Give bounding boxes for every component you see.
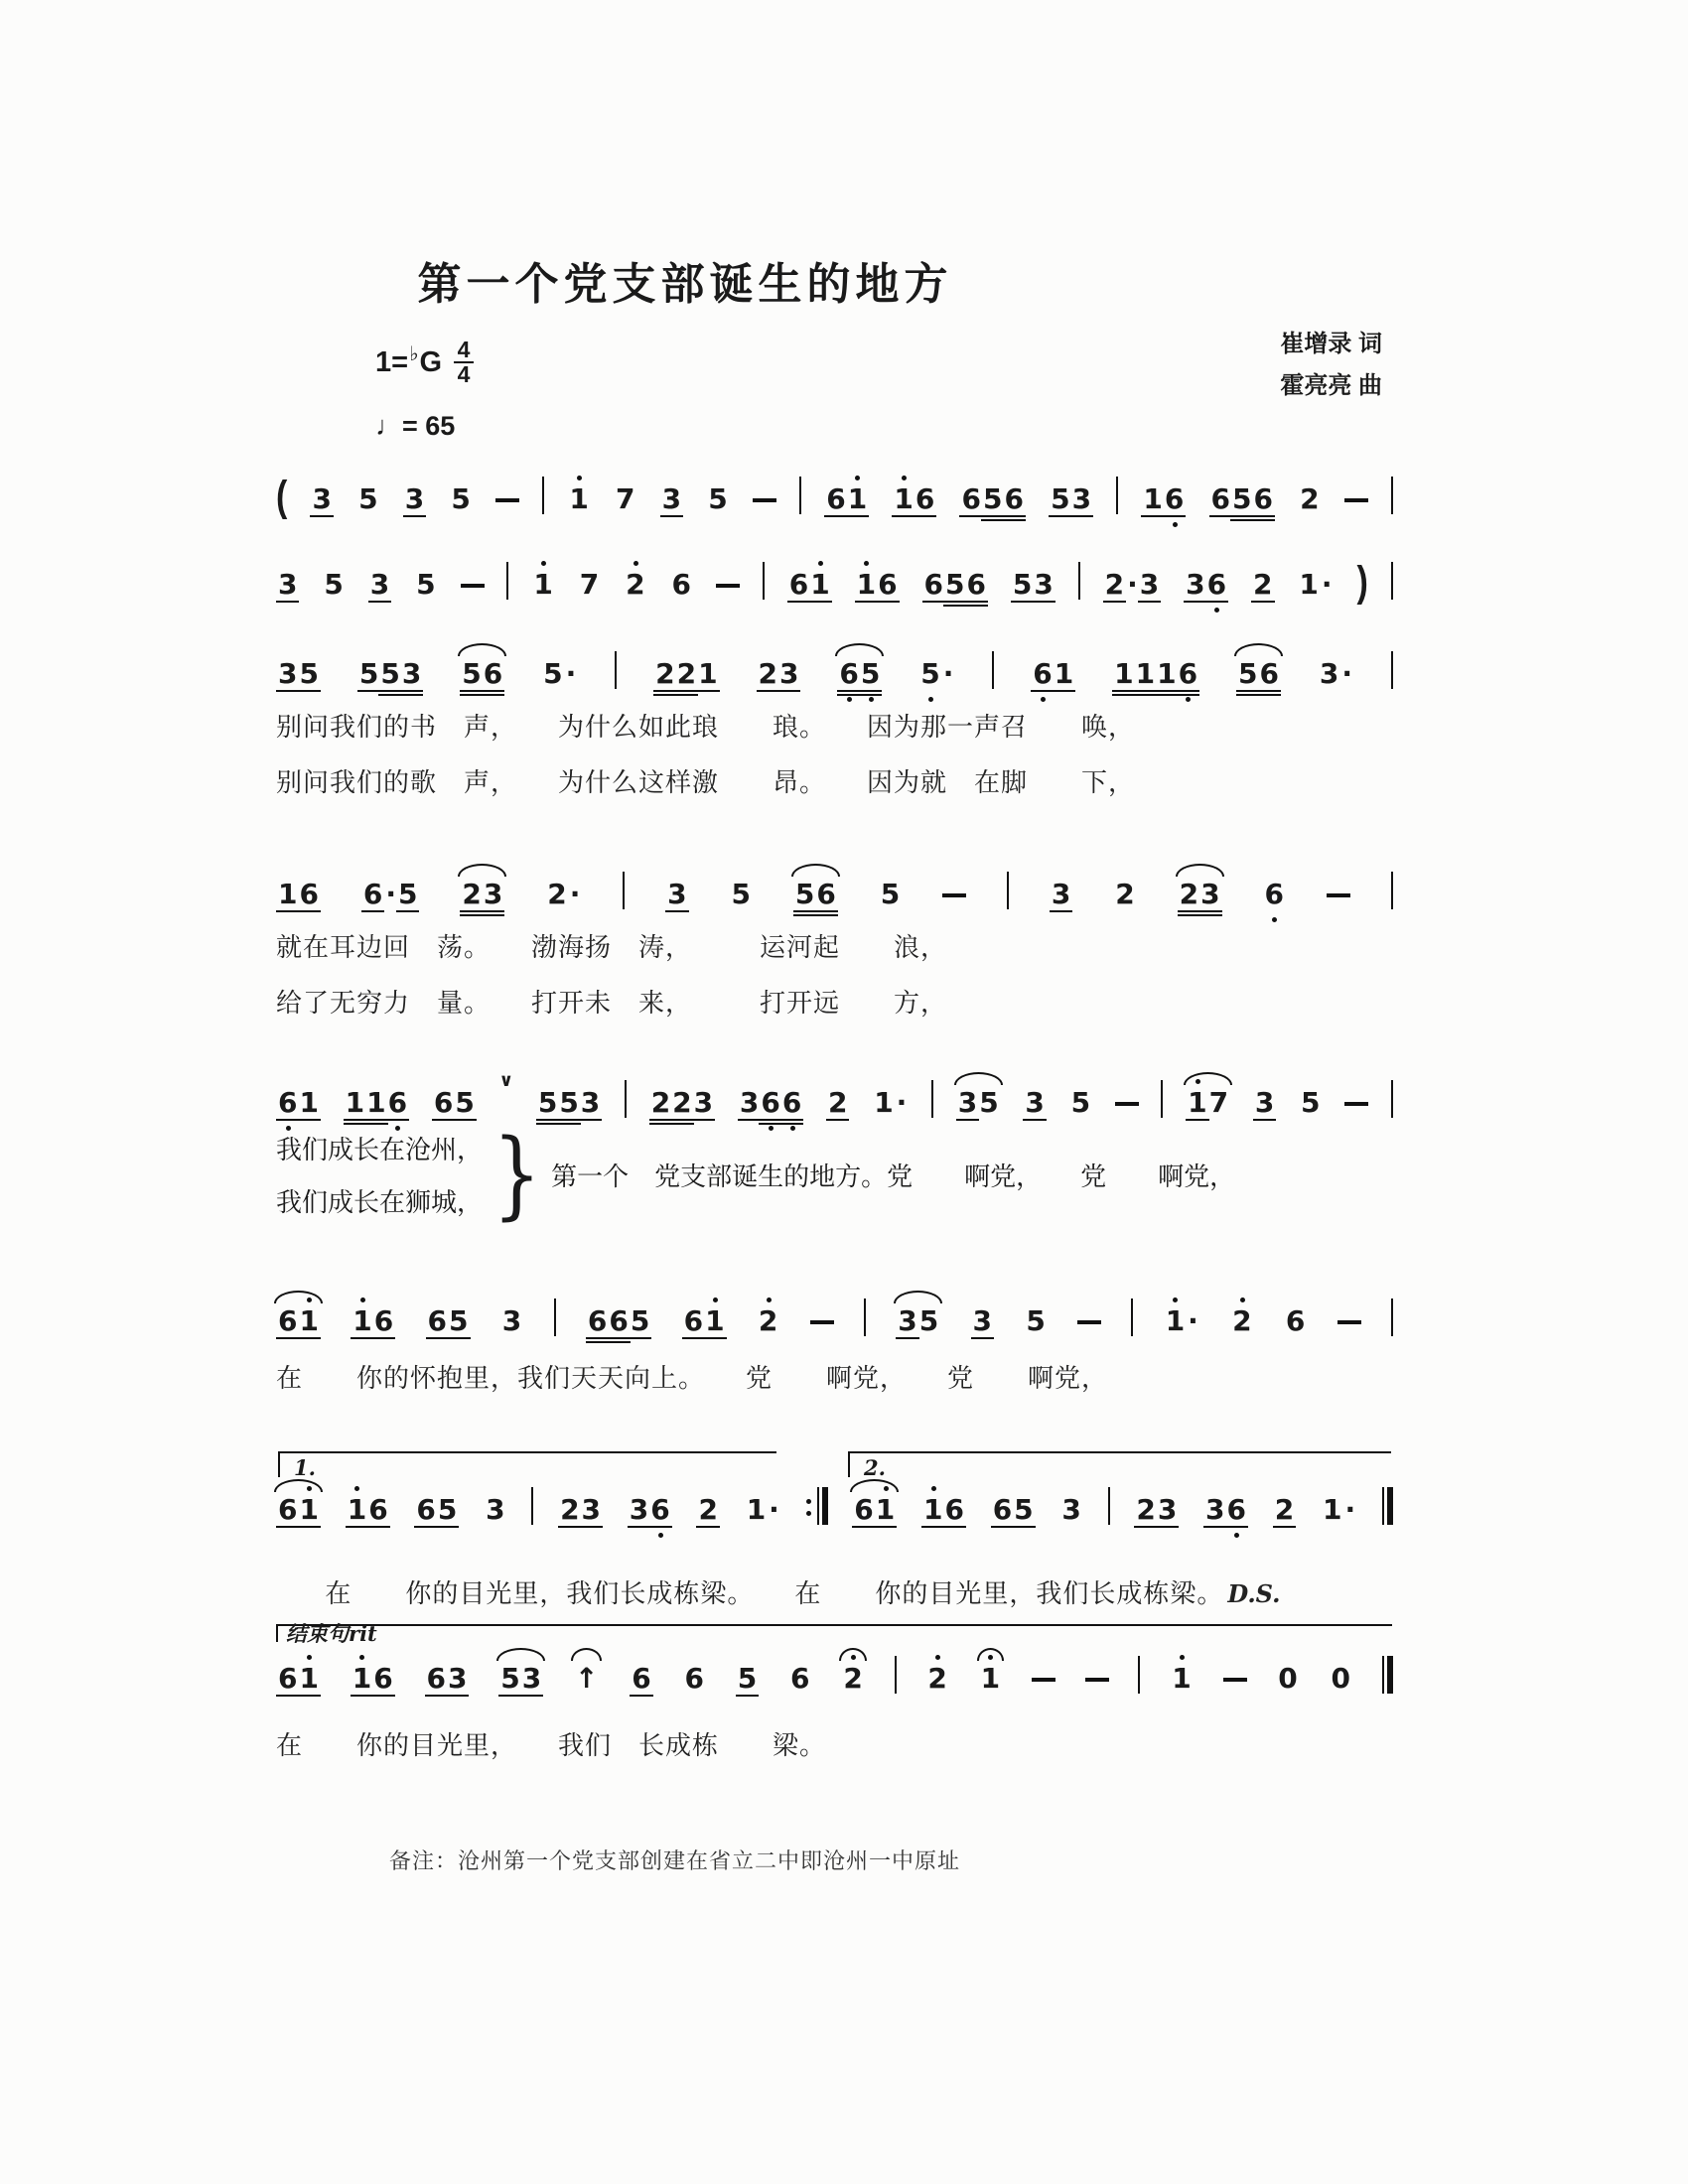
note-line: 6111665∨55322336621·35351735 bbox=[276, 1074, 1393, 1118]
volta-bracket-1: 1. bbox=[278, 1451, 776, 1477]
flat-icon: ♭ bbox=[409, 341, 418, 366]
lyric-line: 别问我们的书 声， 为什么如此琅 琅。 因为那一声召 唤， bbox=[276, 707, 1393, 744]
lyricist-credit: 崔增录 词 bbox=[1033, 324, 1382, 365]
music-system-5: 6111665∨55322336621·35351735 我们成长在沧州， 我们… bbox=[276, 1074, 1393, 1118]
lyrics-brace-row: 我们成长在沧州， 我们成长在狮城， } 第一个 党支部诞生的地方。党 啊党， 党… bbox=[276, 1130, 1235, 1219]
brace-icon: } bbox=[492, 1132, 541, 1217]
key-letter: G bbox=[420, 346, 443, 379]
footnote: 备注：沧州第一个党支部创建在省立二中即沧州一中原址 bbox=[389, 1844, 960, 1875]
music-system-8: 61166353↑6656221100 结束句rit 在 你的目光里， 我们 长… bbox=[276, 1650, 1393, 1694]
lyric-line: 给了无穷力 量。 打开未 来， 打开远 方， bbox=[276, 983, 1393, 1020]
page-title: 第一个党支部诞生的地方 bbox=[278, 248, 1092, 312]
music-system-7: 6116653233621·6116653233621· 1. 2. 在 你的目… bbox=[276, 1481, 1393, 1525]
lyric-line: 就在耳边回 荡。 渤海扬 涛， 运河起 浪， bbox=[276, 927, 1393, 964]
volta-label-1: 1. bbox=[294, 1455, 316, 1480]
music-system-4: 166·5232·3556532236 就在耳边回 荡。 渤海扬 涛， 运河起 … bbox=[276, 866, 1393, 909]
key-signature: 1=♭G 4 4 bbox=[375, 340, 474, 385]
lyric-line: 在 你的怀抱里，我们天天向上。 党 啊党， 党 啊党， bbox=[276, 1358, 1393, 1395]
music-system-6: 611665366561235351·26 在 你的怀抱里，我们天天向上。 党 … bbox=[276, 1293, 1393, 1336]
credits-block: 崔增录 词 霍亮亮 曲 bbox=[1033, 324, 1382, 407]
coda-label: 结束句rit bbox=[286, 1618, 377, 1648]
lyric-line: 在 你的目光里， 我们 长成栋 梁。 bbox=[276, 1725, 1393, 1762]
time-signature-bottom: 4 bbox=[458, 364, 471, 385]
coda-bracket: 结束句rit bbox=[276, 1624, 1392, 1642]
time-signature-top: 4 bbox=[458, 340, 471, 360]
volta-label-2: 2. bbox=[864, 1455, 886, 1480]
note-line: 61166353↑6656221100 bbox=[276, 1650, 1393, 1694]
key-prefix: 1= bbox=[375, 346, 408, 379]
note-line: 611665366561235351·26 bbox=[276, 1293, 1393, 1336]
note-line: (35351735611665653166562 bbox=[276, 471, 1393, 514]
music-system-2: 353517266116656532·33621·) bbox=[276, 556, 1393, 600]
music-system-1: (35351735611665653166562 bbox=[276, 471, 1393, 514]
lyric-line: 第一个 党支部诞生的地方。党 啊党， 党 啊党， bbox=[551, 1157, 1235, 1193]
lyric-text: 在 你的目光里，我们长成栋梁。 在 你的目光里，我们长成栋梁。 bbox=[325, 1578, 1223, 1608]
lyric-line: 我们成长在狮城， bbox=[276, 1182, 483, 1219]
composer-credit: 霍亮亮 曲 bbox=[1033, 365, 1382, 407]
ds-marker: D.S. bbox=[1227, 1579, 1280, 1608]
sheet-music-page: 第一个党支部诞生的地方 崔增录 词 霍亮亮 曲 1=♭G 4 4 ♩= 65 (… bbox=[0, 0, 1688, 2184]
note-line: 166·5232·3556532236 bbox=[276, 866, 1393, 909]
tempo-marking: ♩= 65 bbox=[375, 411, 455, 442]
lyric-line: 我们成长在沧州， bbox=[276, 1130, 483, 1166]
note-line: 6116653233621·6116653233621· bbox=[276, 1481, 1393, 1525]
brace-alternatives: 我们成长在沧州， 我们成长在狮城， bbox=[276, 1130, 483, 1219]
time-signature-fraction: 4 4 bbox=[454, 340, 474, 385]
volta-bracket-2: 2. bbox=[848, 1451, 1391, 1477]
music-system-3: 35553565·22123655·611116563· 别问我们的书 声， 为… bbox=[276, 645, 1393, 689]
lyric-line: 别问我们的歌 声， 为什么这样激 昂。 因为就 在脚 下， bbox=[276, 762, 1393, 799]
note-line: 353517266116656532·33621·) bbox=[276, 556, 1393, 600]
note-line: 35553565·22123655·611116563· bbox=[276, 645, 1393, 689]
